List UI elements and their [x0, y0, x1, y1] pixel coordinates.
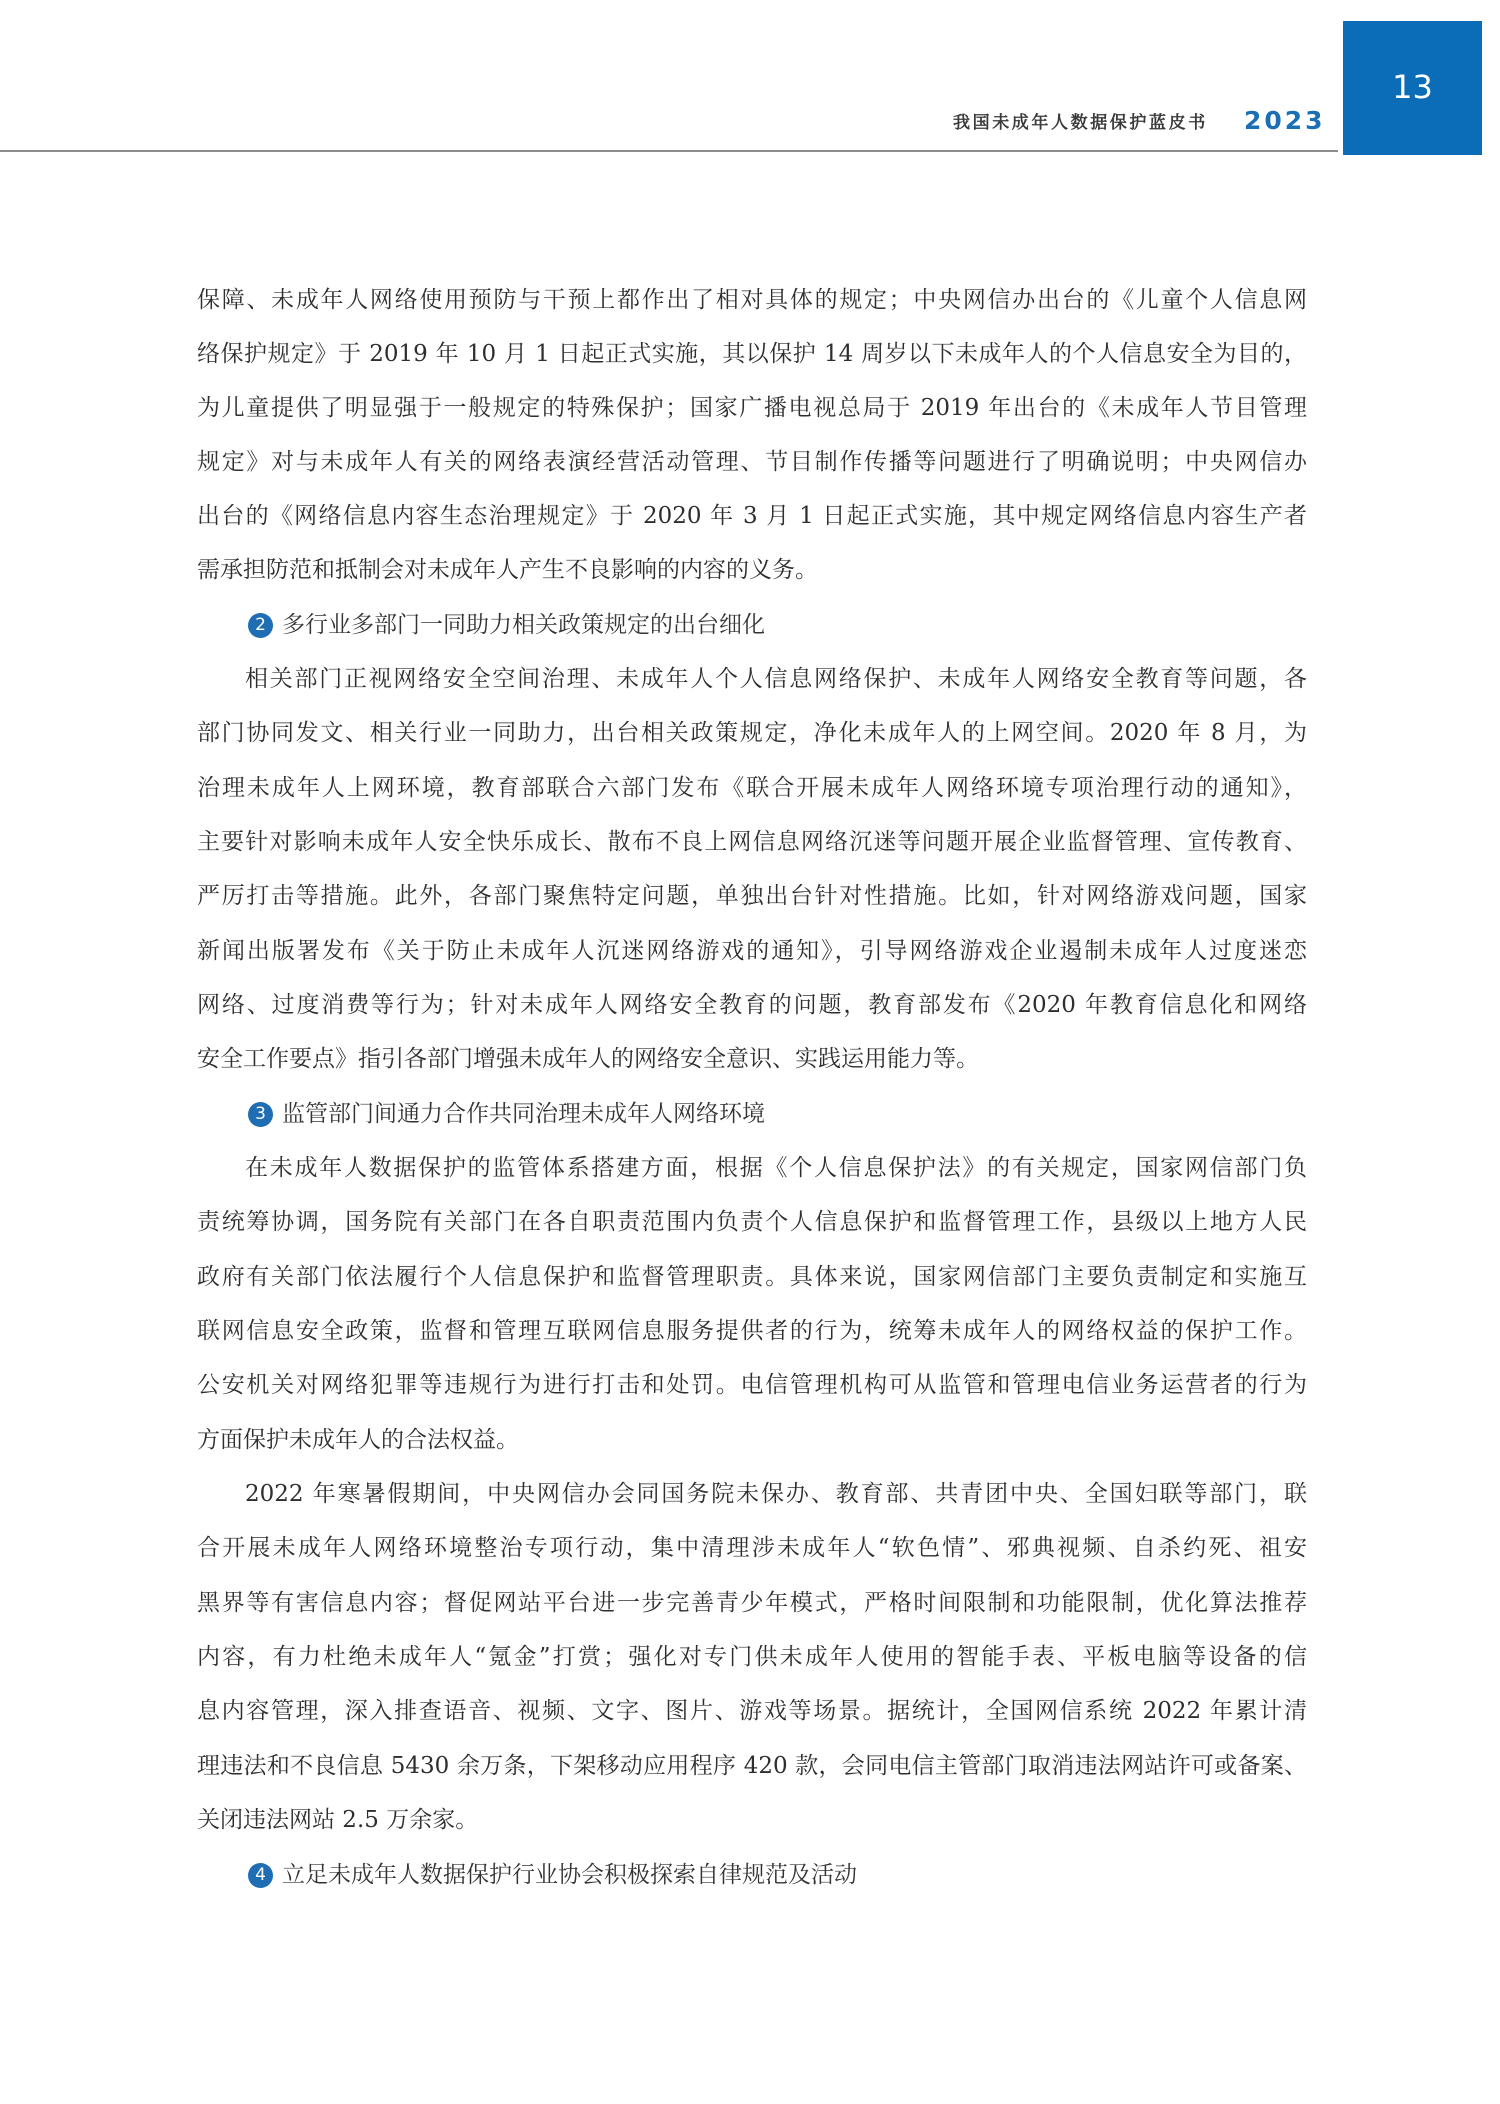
text-line: 需承担防范和抵制会对未成年人产生不良影响的内容的义务。: [197, 554, 1307, 586]
heading-text: 监管部门间通力合作共同治理未成年人网络环境: [282, 1098, 765, 1130]
number-circle-icon: 3: [248, 1102, 273, 1127]
text-line: 出台的《网络信息内容生态治理规定》于 2020 年 3 月 1 日起正式实施，其…: [197, 500, 1307, 532]
text-line: 保障、未成年人网络使用预防与干预上都作出了相对具体的规定；中央网信办出台的《儿童…: [197, 284, 1307, 316]
text-line: 合开展未成年人网络环境整治专项行动，集中清理涉未成年人“软色情”、邪典视频、自杀…: [197, 1532, 1307, 1564]
text-line: 络保护规定》于 2019 年 10 月 1 日起正式实施，其以保护 14 周岁以…: [197, 338, 1307, 370]
page-number: 13: [1392, 68, 1433, 106]
text-line: 新闻出版署发布《关于防止未成年人沉迷网络游戏的通知》，引导网络游戏企业遏制未成年…: [197, 935, 1307, 967]
text-line: 主要针对影响未成年人安全快乐成长、散布不良上网信息网络沉迷等问题开展企业监督管理…: [197, 826, 1307, 858]
text-line: 内容，有力杜绝未成年人“氪金”打赏；强化对专门供未成年人使用的智能手表、平板电脑…: [197, 1641, 1307, 1673]
text-line: 息内容管理，深入排查语音、视频、文字、图片、游戏等场景。据统计，全国网信系统 2…: [197, 1695, 1307, 1727]
text-line: 严厉打击等措施。此外，各部门聚焦特定问题，单独出台针对性措施。比如，针对网络游戏…: [197, 880, 1307, 912]
text-line: 政府有关部门依法履行个人信息保护和监督管理职责。具体来说，国家网信部门主要负责制…: [197, 1261, 1307, 1293]
section-heading-2: 2 多行业多部门一同助力相关政策规定的出台细化: [248, 609, 765, 641]
number-circle-icon: 2: [248, 613, 273, 638]
text-line: 治理未成年人上网环境，教育部联合六部门发布《联合开展未成年人网络环境专项治理行动…: [197, 772, 1307, 804]
text-line: 2022 年寒暑假期间，中央网信办会同国务院未保办、教育部、共青团中央、全国妇联…: [245, 1478, 1307, 1510]
text-line: 公安机关对网络犯罪等违规行为进行打击和处罚。电信管理机构可从监管和管理电信业务运…: [197, 1369, 1307, 1401]
book-title: 我国未成年人数据保护蓝皮书: [953, 108, 1208, 138]
text-line: 责统筹协调，国务院有关部门在各自职责范围内负责个人信息保护和监督管理工作，县级以…: [197, 1206, 1307, 1238]
text-line: 在未成年人数据保护的监管体系搭建方面，根据《个人信息保护法》的有关规定，国家网信…: [245, 1152, 1307, 1184]
text-line: 网络、过度消费等行为；针对未成年人网络安全教育的问题，教育部发布《2020 年教…: [197, 989, 1307, 1021]
book-year: 2023: [1244, 104, 1326, 138]
text-line: 规定》对与未成年人有关的网络表演经营活动管理、节目制作传播等问题进行了明确说明；…: [197, 446, 1307, 478]
header-divider: [0, 150, 1338, 152]
text-line: 关闭违法网站 2.5 万余家。: [197, 1804, 1307, 1836]
text-line: 联网信息安全政策，监督和管理互联网信息服务提供者的行为，统筹未成年人的网络权益的…: [197, 1315, 1307, 1347]
text-line: 相关部门正视网络安全空间治理、未成年人个人信息网络保护、未成年人网络安全教育等问…: [245, 663, 1307, 695]
number-circle-icon: 4: [248, 1863, 273, 1888]
heading-text: 立足未成年人数据保护行业协会积极探索自律规范及活动: [282, 1859, 857, 1891]
text-line: 为儿童提供了明显强于一般规定的特殊保护；国家广播电视总局于 2019 年出台的《…: [197, 392, 1307, 424]
text-line: 理违法和不良信息 5430 余万条，下架移动应用程序 420 款，会同电信主管部…: [197, 1750, 1307, 1782]
section-heading-3: 3 监管部门间通力合作共同治理未成年人网络环境: [248, 1098, 765, 1130]
heading-text: 多行业多部门一同助力相关政策规定的出台细化: [282, 609, 765, 641]
text-line: 部门协同发文、相关行业一同助力，出台相关政策规定，净化未成年人的上网空间。202…: [197, 717, 1307, 749]
page-number-badge: 13: [1343, 21, 1482, 155]
text-line: 方面保护未成年人的合法权益。: [197, 1424, 1307, 1456]
section-heading-4: 4 立足未成年人数据保护行业协会积极探索自律规范及活动: [248, 1859, 857, 1891]
text-line: 黑界等有害信息内容；督促网站平台进一步完善青少年模式，严格时间限制和功能限制，优…: [197, 1587, 1307, 1619]
text-line: 安全工作要点》指引各部门增强未成年人的网络安全意识、实践运用能力等。: [197, 1043, 1307, 1075]
